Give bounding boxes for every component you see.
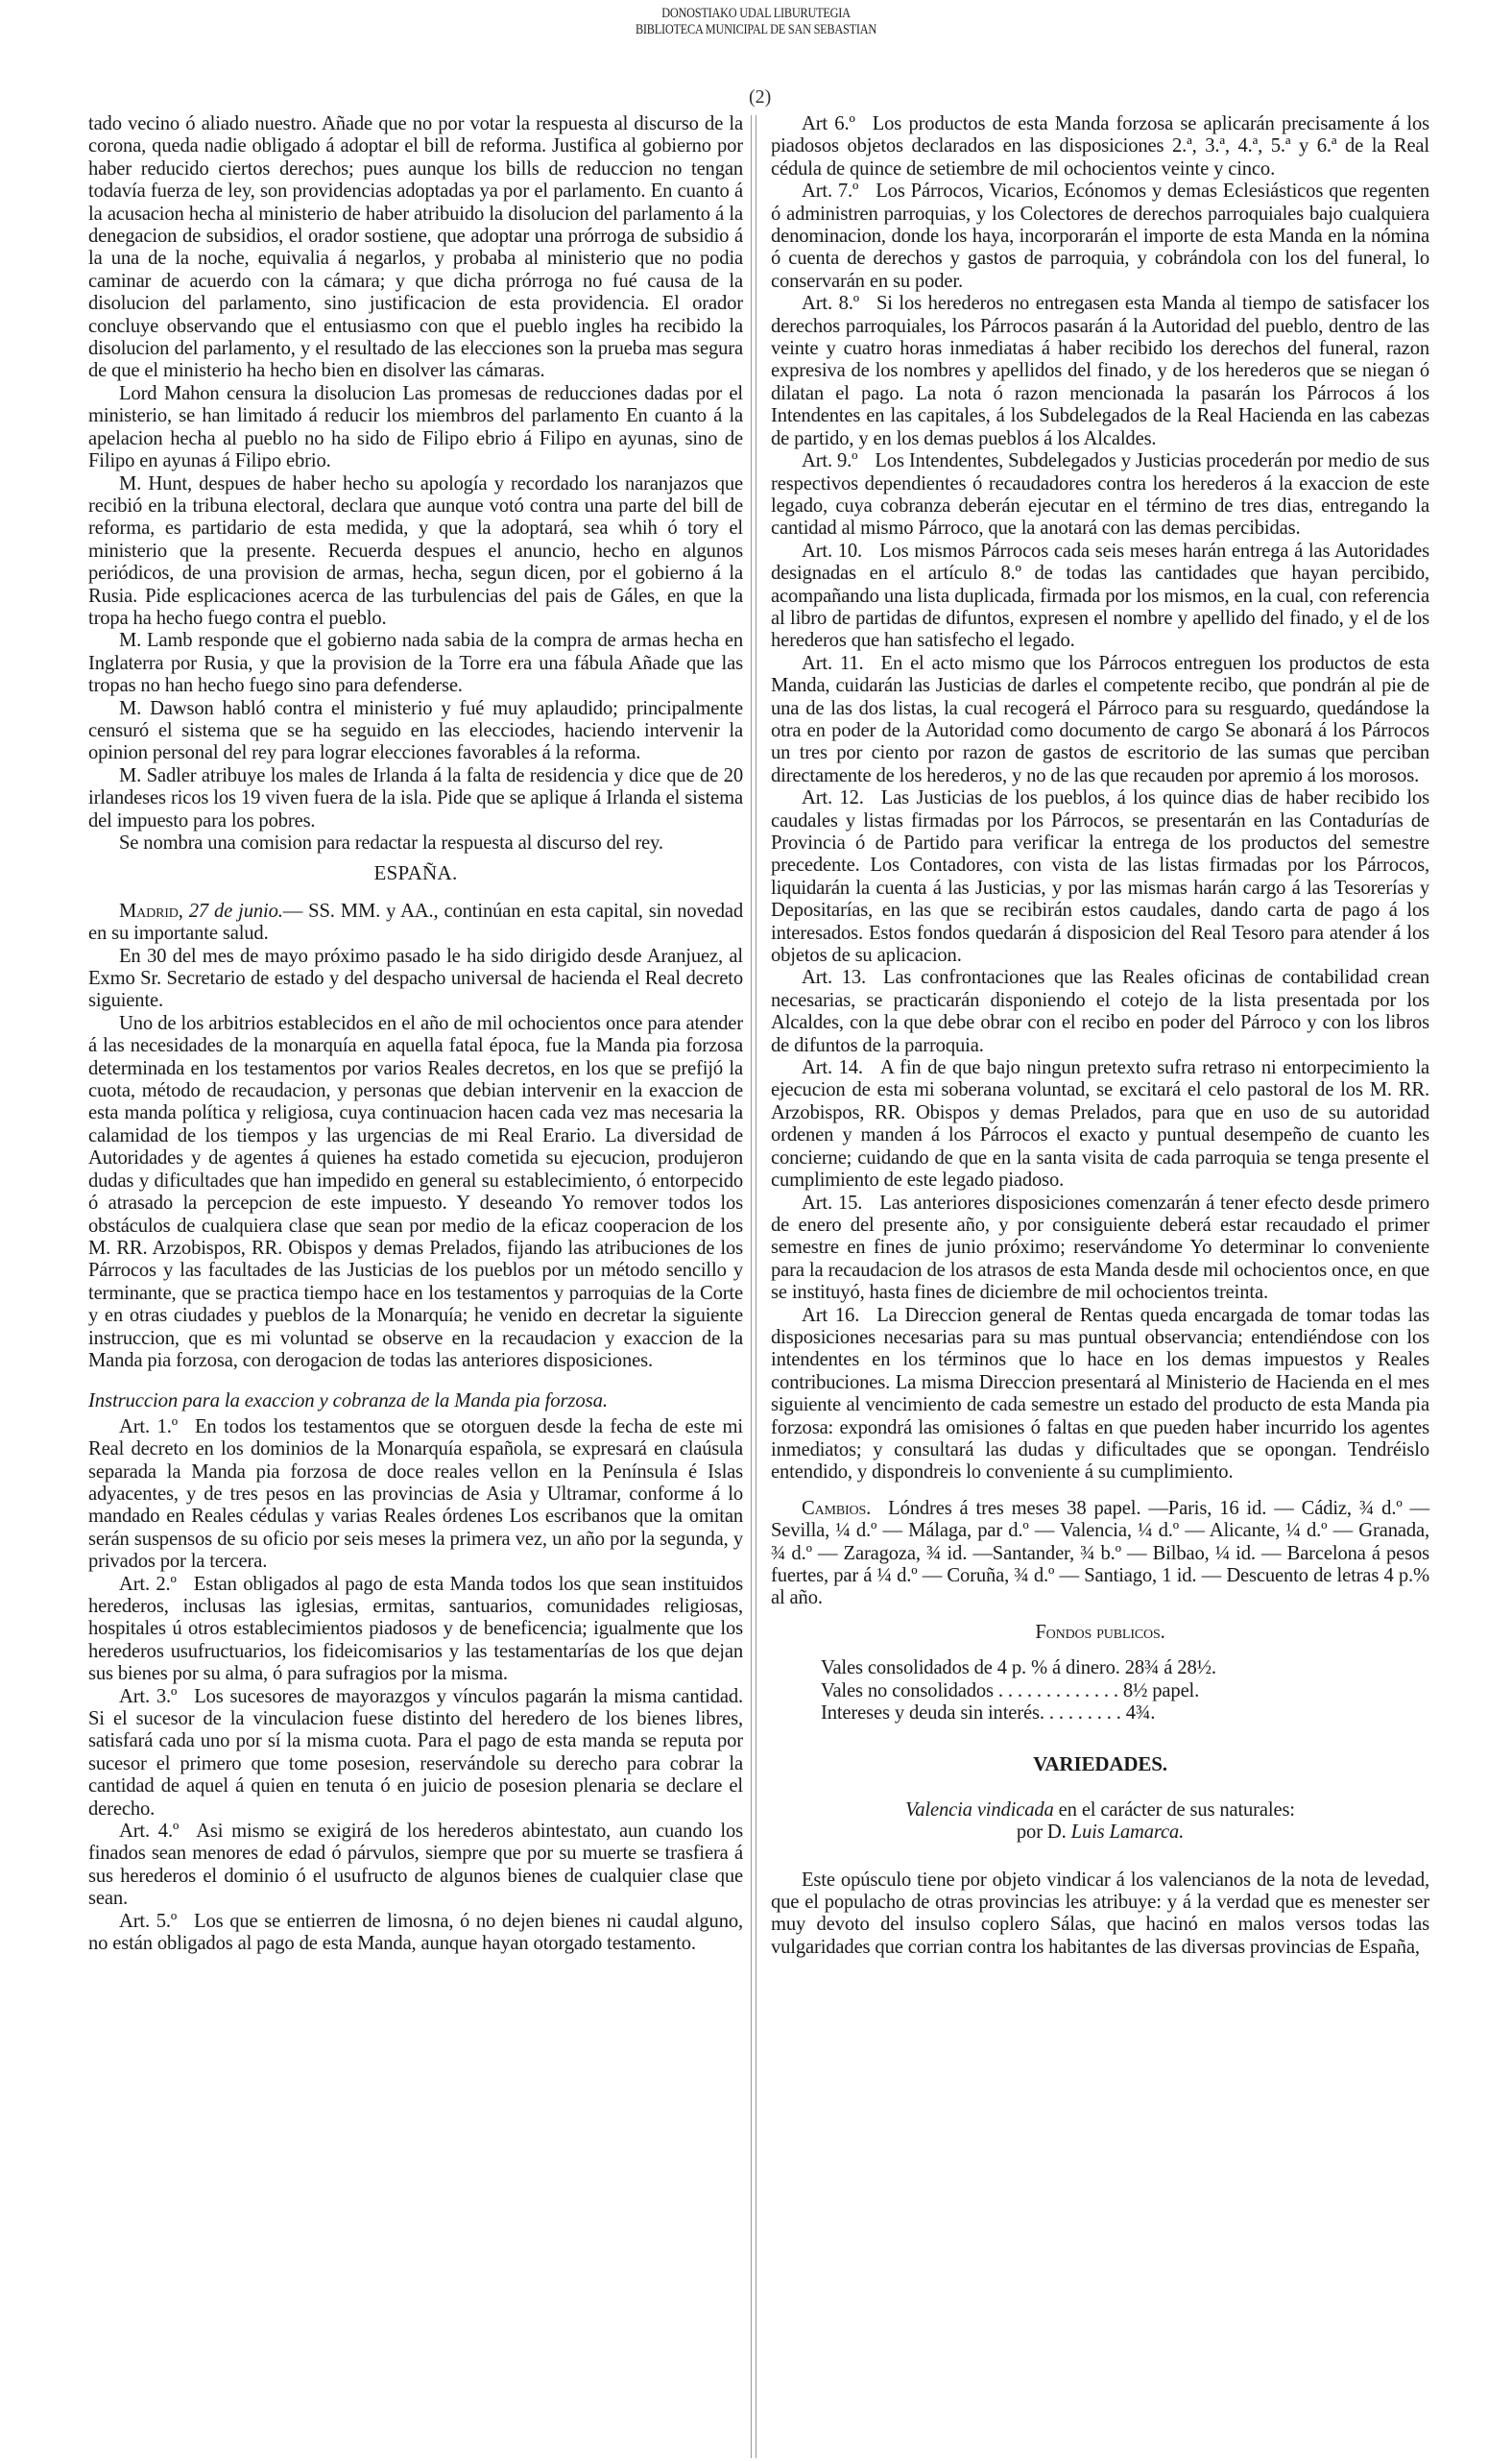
book-title-rest: en el carácter de sus naturales: — [1054, 1799, 1295, 1821]
section-heading-espana: ESPAÑA. — [88, 862, 743, 884]
article-text: Los Párrocos, Vicarios, Ecónomos y demas… — [771, 181, 1429, 292]
article-14: Art. 14.A fin de que bajo ningun pretext… — [771, 1057, 1429, 1192]
instruccion-heading: Instruccion para la exaccion y cobranza … — [88, 1389, 743, 1411]
article-text: Las confrontaciones que las Reales ofici… — [771, 967, 1429, 1055]
article-4: Art. 4.ºAsi mismo se exigirá de los here… — [88, 1821, 743, 1911]
fondos-value: 28¾ á 28½. — [1125, 1657, 1216, 1678]
column-divider — [751, 115, 756, 2458]
article-label: Art. 12. — [802, 787, 864, 808]
paragraph-continued: tado vecino ó aliado nuestro. Añade que … — [88, 113, 743, 383]
article-label: Art. 2.º — [119, 1574, 177, 1595]
paragraph-m-hunt: M. Hunt, despues de haber hecho su apolo… — [88, 473, 743, 631]
article-label: Art 6.º — [802, 113, 855, 134]
article-label: Art. 7.º — [802, 181, 858, 202]
spacer — [771, 1484, 1429, 1498]
fondos-row: Vales no consolidados . . . . . . . . . … — [771, 1680, 1429, 1702]
article-text: Los productos de esta Manda forzosa se a… — [771, 113, 1429, 180]
library-header-spanish: BIBLIOTECA MUNICIPAL DE SAN SEBASTIAN — [136, 22, 1377, 38]
dateline-date: 27 de junio. — [189, 901, 283, 922]
article-2: Art. 2.ºEstan obligados al pago de esta … — [88, 1574, 743, 1686]
variedades-heading: VARIEDADES. — [771, 1753, 1429, 1775]
dateline-place: Madrid — [119, 901, 179, 922]
article-8: Art. 8.ºSi los herederos no entregasen e… — [771, 293, 1429, 450]
cambios-label: Cambios. — [802, 1498, 871, 1519]
article-label: Art 16. — [802, 1305, 859, 1326]
book-title: Valencia vindicada en el carácter de sus… — [771, 1799, 1429, 1822]
article-11: Art. 11.En el acto mismo que los Párroco… — [771, 653, 1429, 787]
fondos-value: 8½ papel. — [1123, 1680, 1199, 1701]
left-column: tado vecino ó aliado nuestro. Añade que … — [88, 113, 743, 1956]
article-label: Art. 5.º — [119, 1911, 177, 1932]
article-text: Los que se entierren de limosna, ó no de… — [88, 1911, 743, 1954]
article-label: Art. 8.º — [802, 293, 859, 314]
paragraph-m-sadler: M. Sadler atribuye los males de Irlanda … — [88, 765, 743, 832]
article-text: Los Intendentes, Subdelegados y Justicia… — [771, 450, 1429, 539]
paragraph-madrid-dateline: Madrid, 27 de junio.— SS. MM. y AA., con… — [88, 901, 743, 946]
paragraph-decreto-body: Uno de los arbitrios establecidos en el … — [88, 1013, 743, 1373]
paragraph-m-dawson: M. Dawson habló contra el ministerio y f… — [88, 698, 743, 765]
article-5: Art. 5.ºLos que se entierren de limosna,… — [88, 1911, 743, 1956]
right-column: Art 6.ºLos productos de esta Manda forzo… — [771, 113, 1429, 1959]
article-label: Art. 4.º — [119, 1821, 179, 1842]
article-text: A fin de que bajo ningun pretexto sufra … — [771, 1057, 1429, 1191]
article-13: Art. 13.Las confrontaciones que las Real… — [771, 967, 1429, 1057]
article-text: En todos los testamentos que se otorguen… — [88, 1416, 743, 1572]
article-label: Art. 9.º — [802, 450, 857, 471]
fondos-value: 4¾. — [1126, 1702, 1155, 1724]
article-text: Asi mismo se exigirá de los herederos ab… — [88, 1821, 743, 1909]
article-15: Art. 15.Las anteriores disposiciones com… — [771, 1193, 1429, 1305]
author-prefix: por D. — [1017, 1822, 1071, 1843]
article-text: Estan obligados al pago de esta Manda to… — [88, 1574, 743, 1685]
article-text: La Direccion general de Rentas queda enc… — [771, 1305, 1429, 1484]
paragraph-lord-mahon: Lord Mahon censura la disolucion Las pro… — [88, 383, 743, 473]
spacer — [771, 1845, 1429, 1870]
article-label: Art. 14. — [802, 1057, 863, 1078]
article-7: Art. 7.ºLos Párrocos, Vicarios, Ecónomos… — [771, 181, 1429, 293]
fondos-label: Intereses y deuda sin interés. . . . . .… — [821, 1702, 1121, 1724]
article-3: Art. 3.ºLos sucesores de mayorazgos y ví… — [88, 1686, 743, 1821]
book-author: por D. Luis Lamarca. — [771, 1822, 1429, 1844]
fondos-row: Intereses y deuda sin interés. . . . . .… — [771, 1702, 1429, 1725]
article-10: Art. 10.Los mismos Párrocos cada seis me… — [771, 541, 1429, 653]
article-label: Art. 3.º — [119, 1686, 177, 1707]
author-name: Luis Lamarca. — [1071, 1822, 1184, 1843]
page-number: (2) — [749, 86, 771, 109]
article-12: Art. 12.Las Justicias de los pueblos, á … — [771, 787, 1429, 967]
article-label: Art. 15. — [802, 1193, 862, 1214]
article-label: Art. 13. — [802, 967, 866, 988]
article-text: Los sucesores de mayorazgos y vínculos p… — [88, 1686, 743, 1820]
article-text: Las Justicias de los pueblos, á los quin… — [771, 787, 1429, 966]
paragraph-comision: Se nombra una comision para redactar la … — [88, 832, 743, 855]
article-9: Art. 9.ºLos Intendentes, Subdelegados y … — [771, 450, 1429, 541]
article-text: Los mismos Párrocos cada seis meses hará… — [771, 541, 1429, 652]
article-label: Art. 1.º — [119, 1416, 178, 1437]
paragraph-opusculo: Este opúsculo tiene por objeto vindicar … — [771, 1870, 1429, 1960]
fondos-publicos-heading: Fondos publicos. — [771, 1622, 1429, 1644]
cambios-paragraph: Cambios.Lóndres á tres meses 38 papel. —… — [771, 1498, 1429, 1610]
article-label: Art. 11. — [802, 653, 864, 674]
fondos-row: Vales consolidados de 4 p. % á dinero. 2… — [771, 1657, 1429, 1679]
article-text: Si los herederos no entregasen esta Mand… — [771, 293, 1429, 448]
paragraph-decreto-intro: En 30 del mes de mayo próximo pasado le … — [88, 946, 743, 1013]
article-16: Art 16.La Direccion general de Rentas qu… — [771, 1305, 1429, 1484]
fondos-label: Vales no consolidados . . . . . . . . . … — [821, 1680, 1118, 1701]
article-text: Las anteriores disposiciones comenzarán … — [771, 1193, 1429, 1304]
article-6: Art 6.ºLos productos de esta Manda forzo… — [771, 113, 1429, 181]
book-title-italic: Valencia vindicada — [905, 1799, 1054, 1821]
fondos-label: Vales consolidados de 4 p. % á dinero. — [821, 1657, 1120, 1678]
article-1: Art. 1.ºEn todos los testamentos que se … — [88, 1416, 743, 1574]
paragraph-m-lamb: M. Lamb responde que el gobierno nada sa… — [88, 630, 743, 697]
library-header-basque: DONOSTIAKO UDAL LIBURUTEGIA — [136, 6, 1377, 22]
library-header: DONOSTIAKO UDAL LIBURUTEGIA BIBLIOTECA M… — [136, 6, 1377, 38]
article-text: En el acto mismo que los Párrocos entreg… — [771, 653, 1429, 786]
article-label: Art. 10. — [802, 541, 862, 562]
dateline-text: — SS. MM. y AA., continúan en esta capit… — [88, 901, 743, 944]
